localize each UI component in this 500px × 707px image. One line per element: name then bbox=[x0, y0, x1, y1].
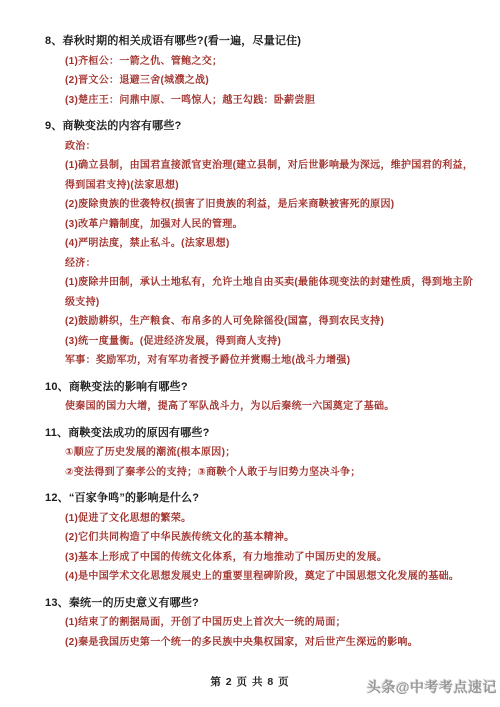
question-title: 商鞅变法的内容有哪些? bbox=[63, 120, 182, 132]
answer-line: 军事：奖励军功，对有军功者授予爵位并赏赐土地(战斗力增强) bbox=[0, 351, 500, 371]
answer-line: (4)是中国学术文化思想发展史上的重要里程碑阶段，奠定了中国思想文化发展的基础。 bbox=[0, 567, 500, 587]
question-heading: 10、商鞅变法的影响有哪些? bbox=[0, 378, 500, 398]
answer-line: (1)齐桓公：一箭之仇、管鲍之交； bbox=[0, 52, 500, 72]
question-title: “百家争鸣”的影响是什么? bbox=[69, 492, 199, 504]
question-block: 11、商鞅变法成功的原因有哪些? ①顺应了历史发展的潮流(根本原因)； ②变法得… bbox=[0, 424, 500, 483]
question-number: 12、 bbox=[45, 492, 69, 504]
answer-line: (1)废除井田制，承认土地私有，允许土地自由买卖(最能体现变法的封建性质，得到地… bbox=[0, 273, 500, 312]
question-title: 商鞅变法的影响有哪些? bbox=[69, 381, 188, 393]
question-block: 13、秦统一的历史意义有哪些? (1)结束了的割据局面，开创了中国历史上首次大一… bbox=[0, 594, 500, 653]
question-heading: 9、商鞅变法的内容有哪些? bbox=[0, 117, 500, 137]
answer-line: ①顺应了历史发展的潮流(根本原因)； bbox=[0, 443, 500, 463]
notes-content: 8、春秋时期的相关成语有哪些?(看一遍，尽量记住) (1)齐桓公：一箭之仇、管鲍… bbox=[0, 0, 500, 652]
question-block: 10、商鞅变法的影响有哪些? 使秦国的国力大增，提高了军队战斗力，为以后秦统一六… bbox=[0, 378, 500, 417]
question-number: 13、 bbox=[45, 597, 69, 609]
watermark: 头条@中考考点速记 bbox=[367, 677, 497, 697]
answer-line: (1)结束了的割据局面，开创了中国历史上首次大一统的局面； bbox=[0, 613, 500, 633]
question-title: 春秋时期的相关成语有哪些?(看一遍，尽量记住) bbox=[63, 35, 302, 47]
answer-line: 使秦国的国力大增，提高了军队战斗力，为以后秦统一六国奠定了基础。 bbox=[0, 397, 500, 417]
document-page: 8、春秋时期的相关成语有哪些?(看一遍，尽量记住) (1)齐桓公：一箭之仇、管鲍… bbox=[0, 0, 500, 707]
answer-line: 政治： bbox=[0, 137, 500, 157]
question-number: 8、 bbox=[45, 35, 63, 47]
question-block: 9、商鞅变法的内容有哪些? 政治： (1)确立县制，由国君直接派官吏治理(建立县… bbox=[0, 117, 500, 371]
question-number: 10、 bbox=[45, 381, 69, 393]
answer-line: (3)楚庄王：问鼎中原、一鸣惊人；越王勾践：卧薪尝胆 bbox=[0, 91, 500, 111]
question-heading: 11、商鞅变法成功的原因有哪些? bbox=[0, 424, 500, 444]
answer-line: (3)基本上形成了中国的传统文化体系，有力地推动了中国历史的发展。 bbox=[0, 548, 500, 568]
question-block: 8、春秋时期的相关成语有哪些?(看一遍，尽量记住) (1)齐桓公：一箭之仇、管鲍… bbox=[0, 32, 500, 110]
question-heading: 12、“百家争鸣”的影响是什么? bbox=[0, 489, 500, 509]
answer-line: (3)改革户籍制度，加强对人民的管理。 bbox=[0, 215, 500, 235]
answer-line: (2)秦是我国历史第一个统一的多民族中央集权国家，对后世产生深远的影响。 bbox=[0, 633, 500, 653]
question-title: 商鞅变法成功的原因有哪些? bbox=[68, 427, 209, 439]
answer-line: (1)确立县制，由国君直接派官吏治理(建立县制，对后世影响最为深远，维护国君的利… bbox=[0, 156, 500, 195]
answer-line: (4)严明法度，禁止私斗。(法家思想) bbox=[0, 234, 500, 254]
question-title: 秦统一的历史意义有哪些? bbox=[69, 597, 199, 609]
page-number-label: 第 2 页 共 8 页 bbox=[210, 676, 289, 688]
answer-line: (2)鼓励耕织，生产粮食、布帛多的人可免除徭役(国富，得到农民支持) bbox=[0, 312, 500, 332]
answer-line: (2)晋文公：退避三舍(城濮之战) bbox=[0, 71, 500, 91]
question-number: 9、 bbox=[45, 120, 63, 132]
answer-line: (3)统一度量衡。(促进经济发展，得到商人支持) bbox=[0, 332, 500, 352]
question-block: 12、“百家争鸣”的影响是什么? (1)促进了文化思想的繁荣。 (2)它们共同构… bbox=[0, 489, 500, 587]
answer-line: 经济： bbox=[0, 254, 500, 274]
answer-line: ②变法得到了秦孝公的支持；③商鞅个人敢于与旧势力坚决斗争； bbox=[0, 463, 500, 483]
question-heading: 8、春秋时期的相关成语有哪些?(看一遍，尽量记住) bbox=[0, 32, 500, 52]
answer-line: (1)促进了文化思想的繁荣。 bbox=[0, 509, 500, 529]
question-heading: 13、秦统一的历史意义有哪些? bbox=[0, 594, 500, 614]
question-number: 11、 bbox=[45, 427, 68, 439]
answer-line: (2)它们共同构造了中华民族传统文化的基本精神。 bbox=[0, 528, 500, 548]
answer-line: (2)废除贵族的世袭特权(损害了旧贵族的利益，是后来商鞅被害死的原因) bbox=[0, 195, 500, 215]
